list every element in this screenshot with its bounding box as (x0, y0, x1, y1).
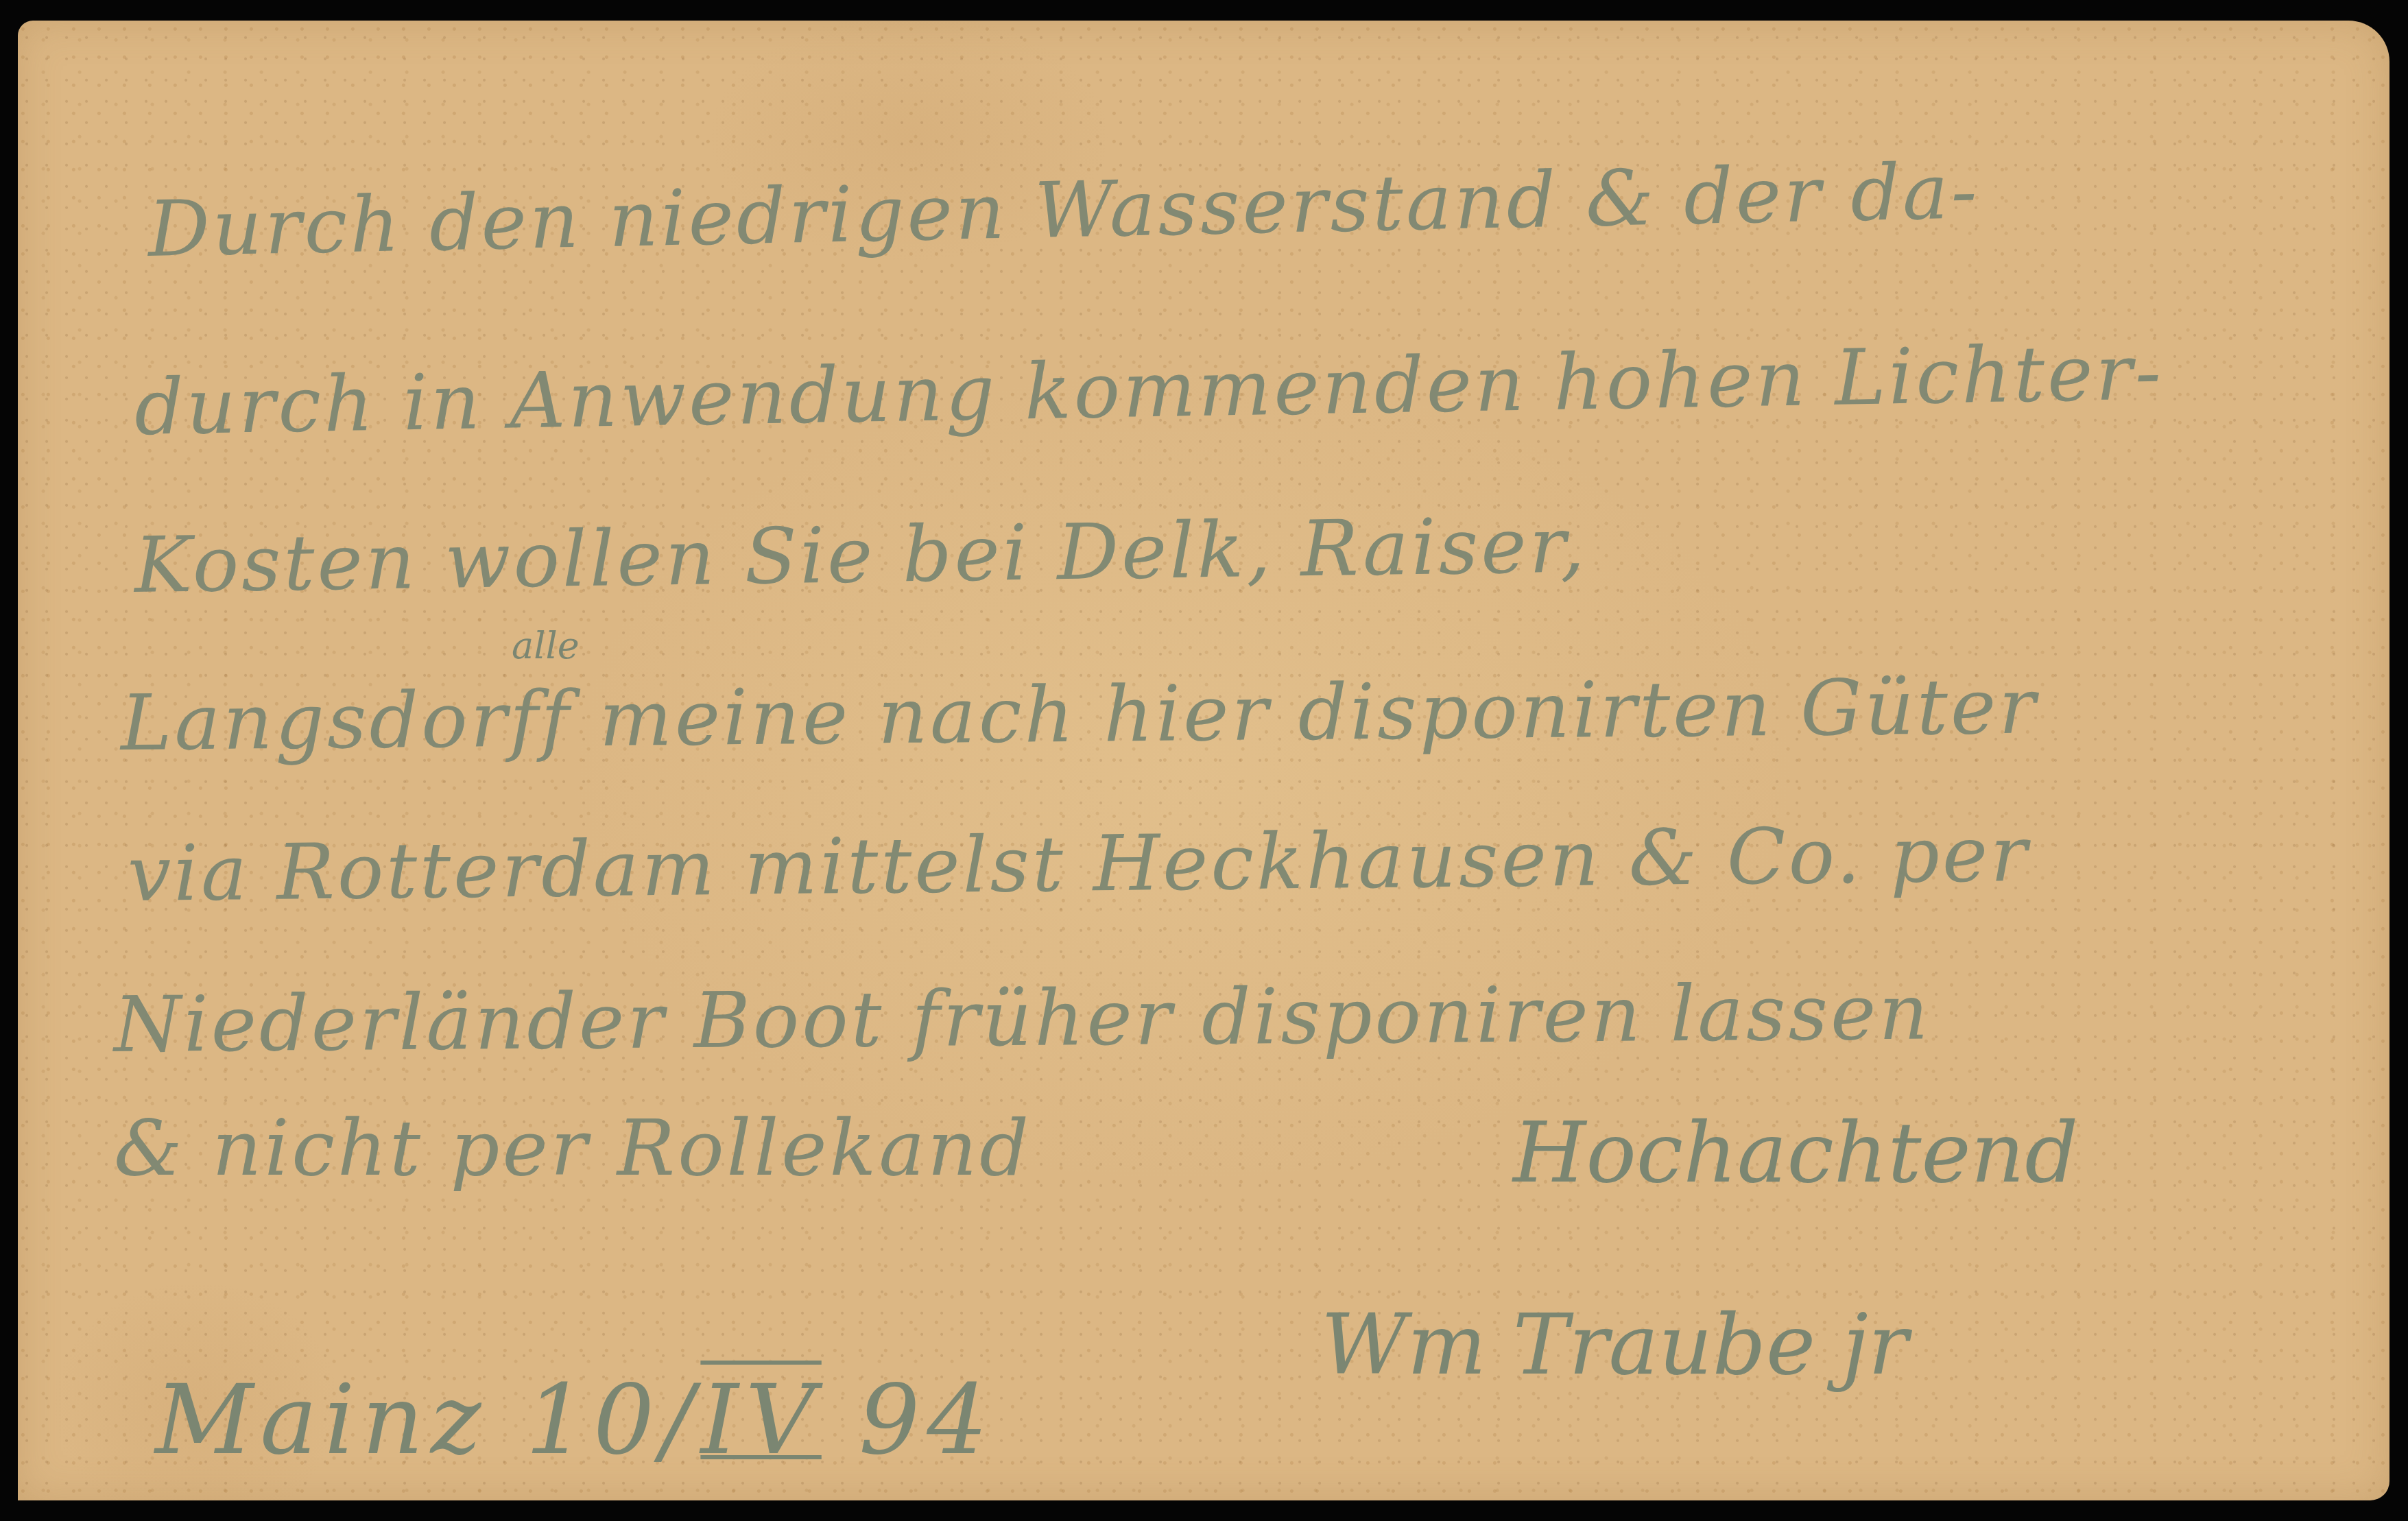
date-year: 94 (859, 1365, 994, 1476)
text-line-2: durch in Anwendung kommenden hohen Licht… (134, 328, 2165, 453)
text-line-5: via Rotterdam mittelst Heckhausen & Co. … (127, 810, 2030, 919)
interlinear-insert: alle (512, 624, 580, 667)
place: Mainz (155, 1365, 488, 1476)
text-line-6: Niederländer Boot früher disponiren lass… (114, 968, 1931, 1070)
text-line-7: & nicht per Rollekand (114, 1104, 1032, 1193)
date-day: 10 (525, 1365, 661, 1476)
postcard: Durch den niedrigen Wasserstand & der da… (18, 21, 2389, 1500)
signature: Wm Traube jr (1321, 1296, 1908, 1393)
text-line-3: Kosten wollen Sie bei Delk, Raiser, (134, 501, 1588, 610)
closing-greeting: Hochachtend (1513, 1104, 2078, 1201)
text-line-4: Langsdorff meine nach hier disponirten G… (120, 662, 2038, 768)
place-date: Mainz 10/IV 94 (155, 1365, 994, 1476)
text-line-1: Durch den niedrigen Wasserstand & der da… (147, 147, 1981, 274)
date-month: IV (700, 1365, 821, 1476)
